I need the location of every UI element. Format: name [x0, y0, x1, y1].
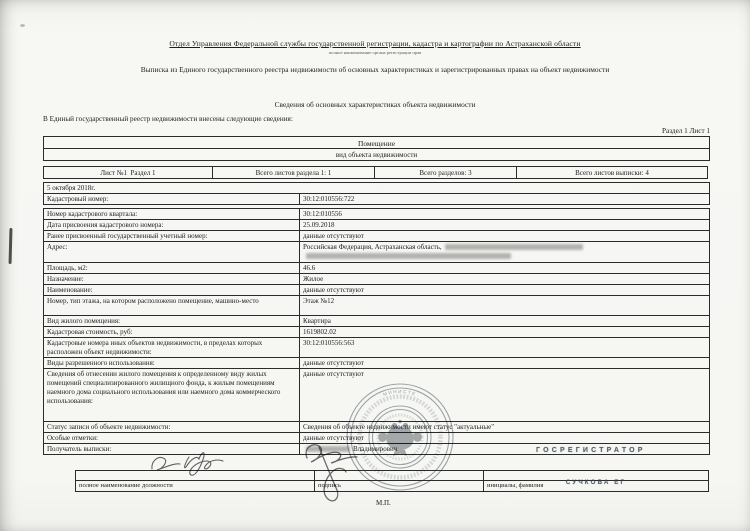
double-eagle-icon — [378, 420, 421, 456]
table-row: Номер, тип этажа, на котором расположено… — [43, 295, 710, 316]
sheet-cell: Всего листов выписки: 4 — [516, 166, 708, 179]
section-page-ref: Раздел 1 Лист 1 — [560, 127, 710, 135]
registrar-name-line: СУЧКОВА ЕГ — [484, 471, 708, 481]
row-label: Получатель выписки: — [43, 443, 300, 455]
signature-cell-signature: подпись — [314, 470, 484, 492]
value-text: 30:12:010556:563 — [303, 339, 354, 347]
org-name-caption: полное наименование органа регистрации п… — [0, 50, 750, 55]
row-value: 30:12:010556:563 — [299, 337, 710, 358]
signature-cell-name: СУЧКОВА ЕГ инициалы, фамилия — [483, 470, 709, 492]
row-value: Российская Федерация, Астраханская облас… — [299, 241, 710, 263]
table-row: Кадастровый номер:30:12:010556:722 — [43, 193, 710, 205]
value-text: 46.6 — [303, 264, 315, 272]
row-value: Этаж №12 — [299, 295, 710, 316]
section-heading: Сведения об основных характеристиках объ… — [0, 100, 750, 109]
registrar-name-stamp: СУЧКОВА ЕГ — [566, 478, 626, 486]
redacted-text — [445, 244, 583, 250]
signature-table: полное наименование должности подпись СУ… — [75, 470, 710, 492]
row-label: Кадастровый номер: — [43, 193, 300, 205]
value-text: Этаж №12 — [303, 297, 334, 305]
registrar-signature-line — [315, 471, 483, 481]
caption-signature: подпись — [315, 481, 483, 491]
position-signature-line — [76, 471, 314, 481]
object-type-table: Помещение вид объекта недвижимости — [43, 137, 710, 161]
sheet-cell: Всего листов раздела 1: 1 — [212, 166, 375, 179]
value-text: Российская Федерация, Астраханская облас… — [303, 243, 442, 251]
row-label: Номер, тип этажа, на котором расположено… — [43, 295, 300, 316]
scan-artifact-speck — [20, 24, 25, 27]
row-label: Сведения об отнесении жилого помещения к… — [43, 368, 300, 422]
intro-line: В Единый государственный реестр недвижим… — [43, 115, 293, 123]
value-text: данные отсутствуют — [303, 359, 364, 367]
value-text: Жилое — [303, 275, 323, 283]
sheet-cell: Лист №1 Раздел 1 — [43, 166, 213, 179]
position-signature — [152, 458, 180, 470]
value-text: Квартира — [303, 317, 331, 325]
mp-label: М.П. — [376, 499, 391, 507]
value-text: 1619802.02 — [303, 328, 336, 336]
table-row: Адрес:Российская Федерация, Астраханская… — [43, 241, 710, 263]
row-value: 30:12:010556:722 — [299, 193, 710, 205]
row-label: Кадастровые номера иных объектов недвижи… — [43, 337, 300, 358]
scan-artifact-mark — [9, 228, 13, 264]
document-page: Отдел Управления Федеральной службы госу… — [0, 0, 750, 531]
table-row: вид объекта недвижимости — [43, 148, 710, 161]
value-text: 30:12:010556 — [303, 210, 342, 218]
row-label: Адрес: — [43, 241, 300, 263]
cadastral-table-top: 5 октября 2018г. Кадастровый номер:30:12… — [43, 183, 710, 205]
value-text: данные отсутствуют — [303, 286, 364, 294]
doc-title: Выписка из Единого государственного реес… — [0, 65, 750, 74]
object-type-caption: вид объекта недвижимости — [43, 148, 710, 161]
value-text: данные отсутствуют — [303, 232, 364, 240]
table-row: Кадастровые номера иных объектов недвижи… — [43, 337, 710, 358]
value-text: 30:12:010556:722 — [303, 195, 354, 203]
registrar-role-stamp: ГОСРЕГИСТРАТОР — [536, 447, 646, 454]
sheet-cell: Всего разделов: 3 — [374, 166, 517, 179]
value-text: данные отсутствуют — [303, 370, 364, 378]
value-text: 25.09.2018 — [303, 221, 335, 229]
signature-cell-position: полное наименование должности — [75, 470, 315, 492]
org-name: Отдел Управления Федеральной службы госу… — [0, 39, 750, 48]
caption-position: полное наименование должности — [76, 481, 314, 491]
sheet-info-row: Лист №1 Раздел 1Всего листов раздела 1: … — [43, 166, 710, 179]
redacted-text — [306, 253, 511, 259]
